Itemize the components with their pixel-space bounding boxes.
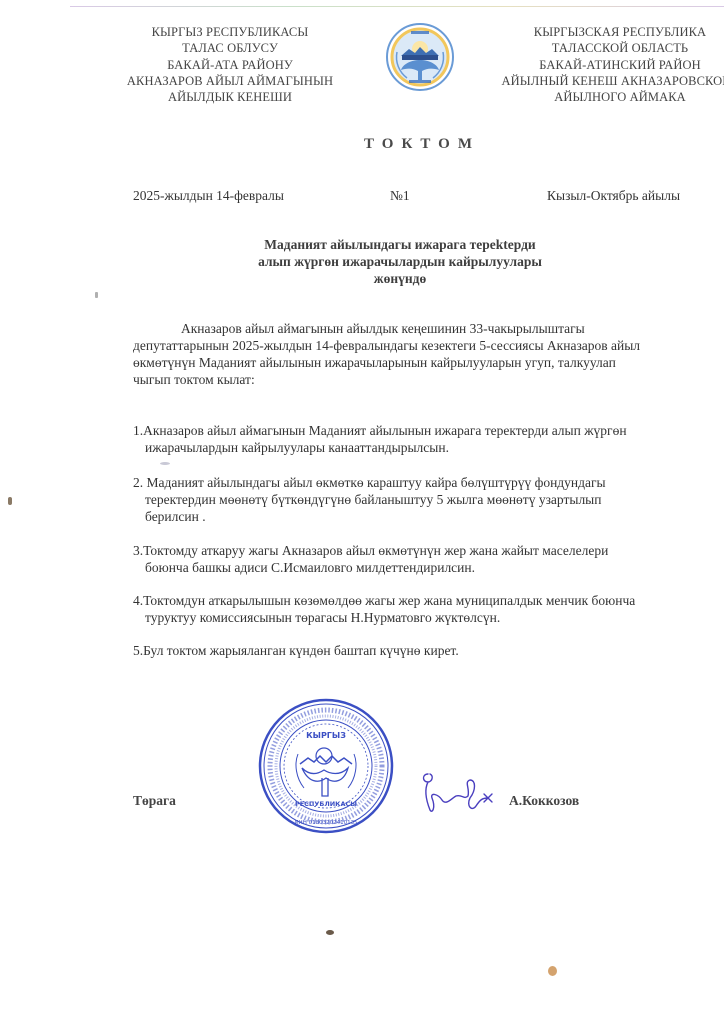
paper-speck — [95, 292, 98, 298]
official-stamp-icon: КЫРГЫЗ РЕСПУБЛИКАСЫ ИНН 01803202410135 — [258, 698, 394, 834]
document-title: ТОКТОМ — [0, 136, 724, 153]
header-right-line: АЙЫЛНОГО АЙМАКА — [500, 89, 724, 105]
item-line: 5.Бул токтом жарыяланган күндөн баштап к… — [133, 642, 723, 659]
handwritten-signature-icon — [418, 768, 500, 818]
paper-speck — [8, 497, 12, 505]
top-rule — [70, 6, 724, 7]
preamble-line: өкмөтүнүн Маданият айылынын ижарачыларын… — [133, 354, 723, 371]
header-left-line: АЙЫЛДЫК КЕНЕШИ — [110, 89, 350, 105]
paper-speck — [548, 966, 557, 976]
header-right-line: КЫРГЫЗСКАЯ РЕСПУБЛИКА — [500, 24, 724, 40]
document-subject: Маданият айылындагы ижарага терektерди а… — [220, 236, 580, 287]
preamble-paragraph: Акназаров айыл аймагынын айылдык кеңешин… — [133, 320, 723, 388]
stamp-center-text: КЫРГЫЗ — [306, 731, 346, 740]
header-left-line: БАКАЙ-АТА РАЙОНУ — [110, 57, 350, 73]
header-left-line: ТАЛАС ОБЛУСУ — [110, 40, 350, 56]
subject-line: Маданият айылындагы ижарага терektерди — [220, 236, 580, 253]
header-left-kyrgyz: КЫРГЫЗ РЕСПУБЛИКАСЫ ТАЛАС ОБЛУСУ БАКАЙ-А… — [110, 24, 350, 105]
paper-speck — [326, 930, 334, 935]
state-emblem-icon — [385, 22, 455, 92]
item-line: ижарачылардын кайрылуулары канааттандыры… — [133, 439, 723, 456]
item-line: берилсин . — [133, 508, 723, 525]
header-left-line: КЫРГЫЗ РЕСПУБЛИКАСЫ — [110, 24, 350, 40]
resolution-item-1: 1.Акназаров айыл аймагынын Маданият айыл… — [133, 422, 723, 456]
signatory-role: Төрага — [133, 793, 176, 809]
item-line: 4.Токтомдун аткарылышын көзөмөлдөө жагы … — [133, 592, 723, 609]
header-right-russian: КЫРГЫЗСКАЯ РЕСПУБЛИКА ТАЛАССКОЙ ОБЛАСТЬ … — [500, 24, 724, 105]
document-number: №1 — [390, 188, 410, 204]
resolution-item-2: 2. Маданият айылындагы айыл өкмөткө кара… — [133, 474, 723, 525]
item-line: 2. Маданият айылындагы айыл өкмөткө кара… — [133, 474, 723, 491]
item-line: боюнча башкы адиси С.Исмаиловго милдетте… — [133, 559, 723, 576]
header-left-line: АКНАЗАРОВ АЙЫЛ АЙМАГЫНЫН — [110, 73, 350, 89]
document-date: 2025-жылдын 14-февралы — [133, 188, 284, 204]
resolution-item-3: 3.Токтомду аткаруу жагы Акназаров айыл ө… — [133, 542, 723, 576]
subject-line: алып жүргөн ижарачылардын кайрылуулары — [220, 253, 580, 270]
preamble-line: депутаттарынын 2025-жылдын 14-февралында… — [133, 337, 723, 354]
paper-speck — [160, 462, 170, 465]
item-line: теректердин мөөнөтү бүткөндүгүнө байланы… — [133, 491, 723, 508]
resolution-item-4: 4.Токтомдун аткарылышын көзөмөлдөө жагы … — [133, 592, 723, 626]
stamp-bottom-text: РЕСПУБЛИКАСЫ — [295, 800, 357, 808]
item-line: 1.Акназаров айыл аймагынын Маданият айыл… — [133, 422, 723, 439]
preamble-line: чыгып токтом кылат: — [133, 371, 723, 388]
preamble-line: Акназаров айыл аймагынын айылдык кеңешин… — [133, 320, 723, 337]
signatory-name: А.Коккозов — [509, 793, 579, 809]
header-right-line: ТАЛАССКОЙ ОБЛАСТЬ — [500, 40, 724, 56]
item-line: 3.Токтомду аткаруу жагы Акназаров айыл ө… — [133, 542, 723, 559]
subject-line: жөнүндө — [220, 270, 580, 287]
item-line: туруктуу комиссиясынын төрагасы Н.Нурмат… — [133, 609, 723, 626]
document-place: Кызыл-Октябрь айылы — [547, 188, 680, 204]
header-right-line: АЙЫЛНЫЙ КЕНЕШ АКНАЗАРОВСКОГО — [500, 73, 724, 89]
stamp-inn: ИНН 01803202410135 — [294, 820, 358, 826]
resolution-item-5: 5.Бул токтом жарыяланган күндөн баштап к… — [133, 642, 723, 659]
header-right-line: БАКАЙ-АТИНСКИЙ РАЙОН — [500, 57, 724, 73]
